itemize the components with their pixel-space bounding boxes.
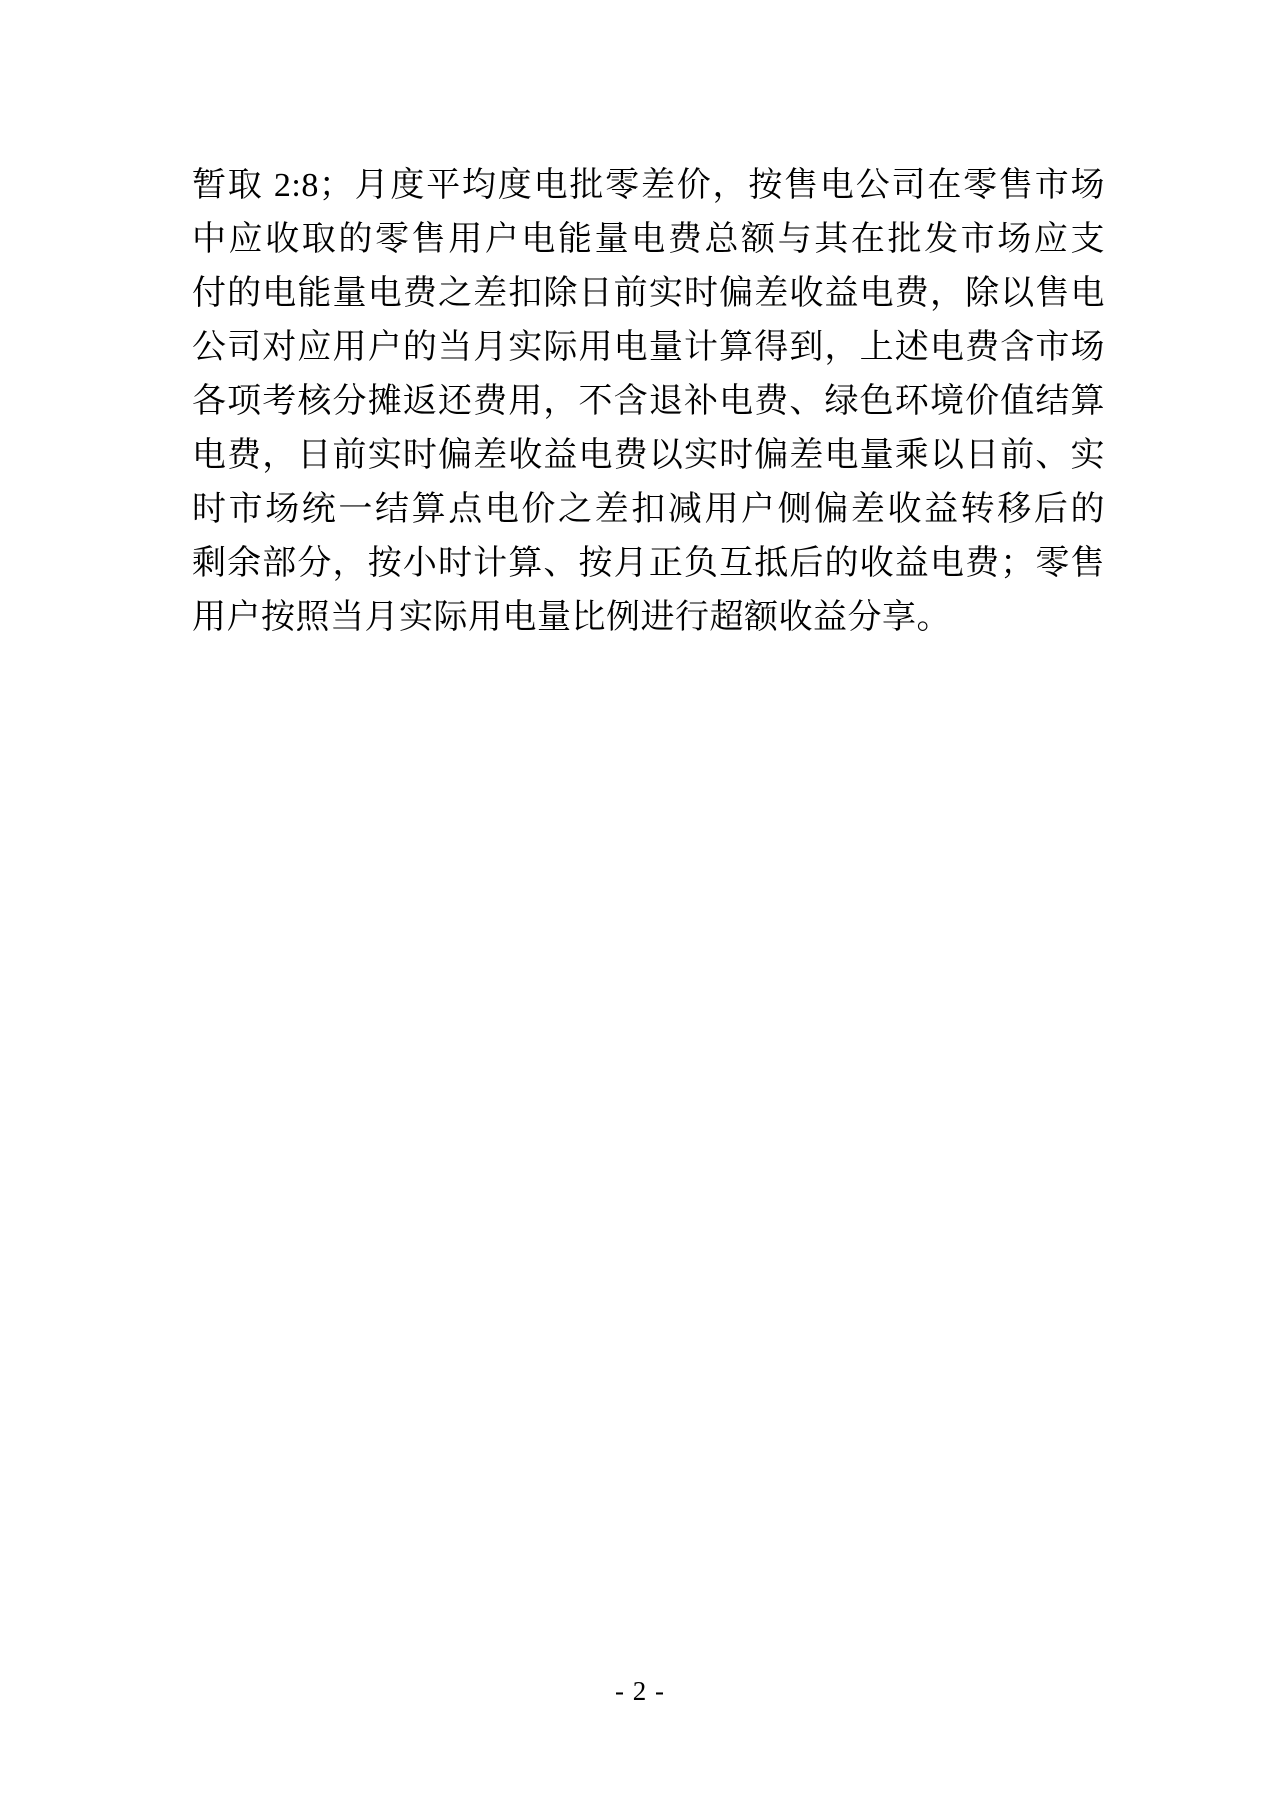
body-text: 暂取 2:8；月度平均度电批零差价，按售电公司在零售市场 中应收取的零售用户电能…	[192, 159, 1105, 645]
paragraph-line: 时市场统一结算点电价之差扣减用户侧偏差收益转移后的	[192, 483, 1105, 537]
paragraph-line: 中应收取的零售用户电能量电费总额与其在批发市场应支	[192, 213, 1105, 267]
paragraph-line: 付的电能量电费之差扣除日前实时偏差收益电费，除以售电	[192, 267, 1105, 321]
paragraph-line: 各项考核分摊返还费用，不含退补电费、绿色环境价值结算	[192, 375, 1105, 429]
page-number: - 2 -	[0, 1675, 1280, 1707]
document-page: 暂取 2:8；月度平均度电批零差价，按售电公司在零售市场 中应收取的零售用户电能…	[0, 0, 1280, 1810]
paragraph-line: 剩余部分，按小时计算、按月正负互抵后的收益电费；零售	[192, 537, 1105, 591]
paragraph-line: 公司对应用户的当月实际用电量计算得到，上述电费含市场	[192, 321, 1105, 375]
paragraph-line: 暂取 2:8；月度平均度电批零差价，按售电公司在零售市场	[192, 159, 1105, 213]
paragraph-line: 用户按照当月实际用电量比例进行超额收益分享。	[192, 591, 1105, 645]
paragraph-line: 电费，日前实时偏差收益电费以实时偏差电量乘以日前、实	[192, 429, 1105, 483]
